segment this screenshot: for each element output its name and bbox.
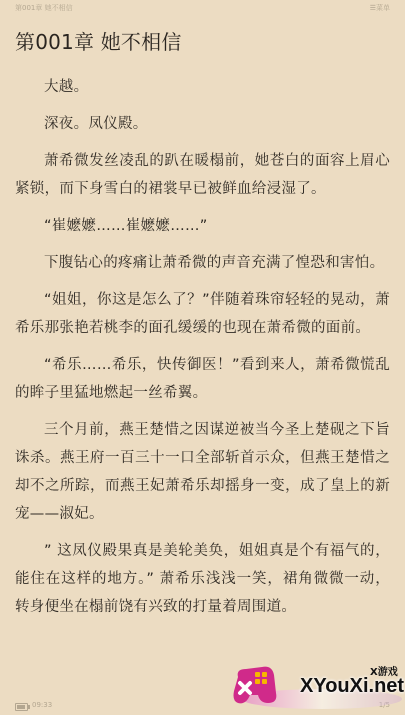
menu-button[interactable]: ☰菜单 [370, 3, 390, 13]
paragraph: “希乐……希乐，快传御医！”看到来人，萧希微慌乱的眸子里猛地燃起一丝希翼。 [15, 351, 390, 407]
clock-time: 09:33 [32, 701, 52, 709]
reader-top-bar: 第001章 她不相信 ☰菜单 [0, 0, 405, 16]
chapter-content[interactable]: 大越。 深夜。凤仪殿。 萧希微发丝凌乱的趴在暖榻前，她苍白的面容上眉心紧锁，而下… [15, 73, 390, 630]
paragraph: 萧希微发丝凌乱的趴在暖榻前，她苍白的面容上眉心紧锁，而下身雪白的裙裳早已被鲜血给… [15, 147, 390, 203]
paragraph: 三个月前，燕王楚惜之因谋逆被当今圣上楚砚之下旨诛杀。燕王府一百三十一口全部斩首示… [15, 416, 390, 528]
paragraph: “姐姐，你这是怎么了？”伴随着珠帘轻轻的晃动，萧希乐那张艳若桃李的面孔缓缓的也现… [15, 286, 390, 342]
paragraph: “崔嬷嬷……崔嬷嬷……” [15, 212, 390, 240]
current-chapter-label: 第001章 她不相信 [15, 3, 73, 13]
site-watermark: X游戏 XYouXi.net [232, 655, 405, 715]
chapter-title: 第001章 她不相信 [15, 26, 182, 55]
gamepad-logo-icon [232, 663, 278, 707]
paragraph: 深夜。凤仪殿。 [15, 110, 390, 138]
paragraph: 下腹钻心的疼痛让萧希微的声音充满了惶恐和害怕。 [15, 249, 390, 277]
paragraph: ” 这凤仪殿果真是美轮美奂，姐姐真是个有福气的，能住在这样的地方。” 萧希乐浅浅… [15, 537, 390, 621]
paragraph: 大越。 [15, 73, 390, 101]
battery-icon [15, 703, 28, 711]
watermark-text: XYouXi.net [300, 675, 404, 698]
